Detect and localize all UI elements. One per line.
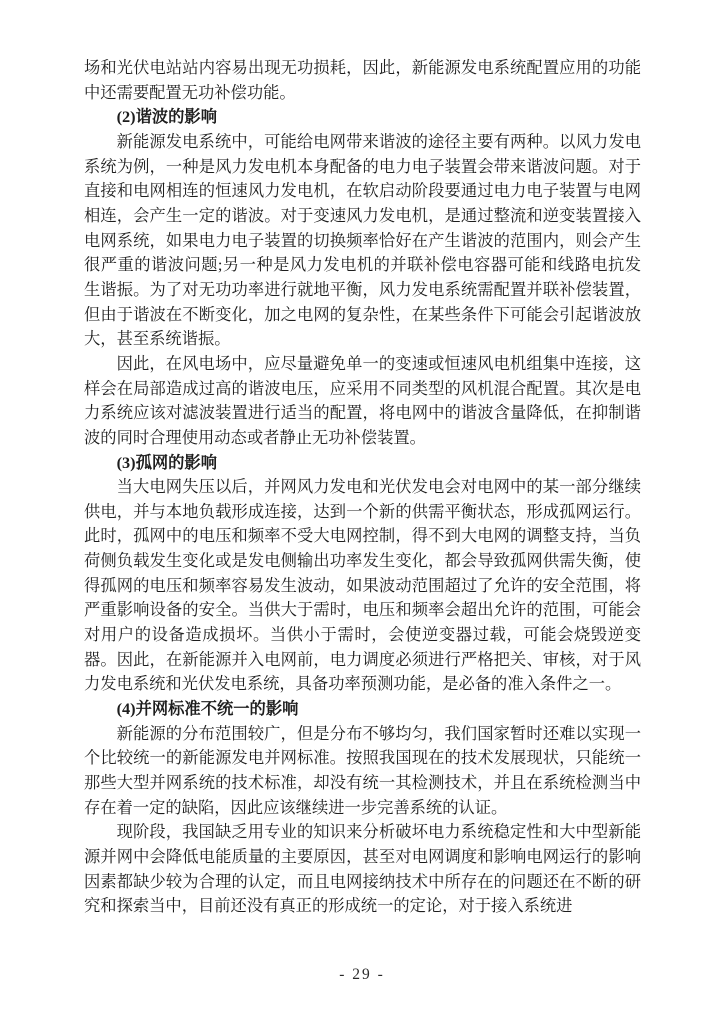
body-paragraph: 现阶段，我国缺乏用专业的知识来分析破坏电力系统稳定性和大中型新能源并网中会降低电… — [84, 820, 641, 919]
body-paragraph: 新能源发电系统中，可能给电网带来谐波的途径主要有两种。以风力发电系统为例，一种是… — [84, 130, 641, 352]
body-paragraph: 新能源的分布范围较广，但是分布不够均匀，我们国家暂时还难以实现一个比较统一的新能… — [84, 722, 641, 821]
document-page: 场和光伏电站站内容易出现无功损耗，因此，新能源发电系统配置应用的功能中还需要配置… — [0, 0, 724, 1024]
section-heading-4-grid-standard: (4)并网标准不统一的影响 — [84, 697, 641, 722]
page-body-text: 场和光伏电站站内容易出现无功损耗，因此，新能源发电系统配置应用的功能中还需要配置… — [84, 56, 641, 919]
section-heading-2-harmonics: (2)谐波的影响 — [84, 105, 641, 130]
page-footer: - 29 - — [0, 966, 724, 984]
page-number: - 29 - — [339, 966, 385, 983]
body-paragraph: 因此，在风电场中，应尽量避免单一的变速或恒速风电机组集中连接，这样会在局部造成过… — [84, 352, 641, 451]
continuation-paragraph: 场和光伏电站站内容易出现无功损耗，因此，新能源发电系统配置应用的功能中还需要配置… — [84, 56, 641, 105]
section-heading-3-islanding: (3)孤网的影响 — [84, 451, 641, 476]
body-paragraph: 当大电网失压以后，并网风力发电和光伏发电会对电网中的某一部分继续供电，并与本地负… — [84, 475, 641, 697]
